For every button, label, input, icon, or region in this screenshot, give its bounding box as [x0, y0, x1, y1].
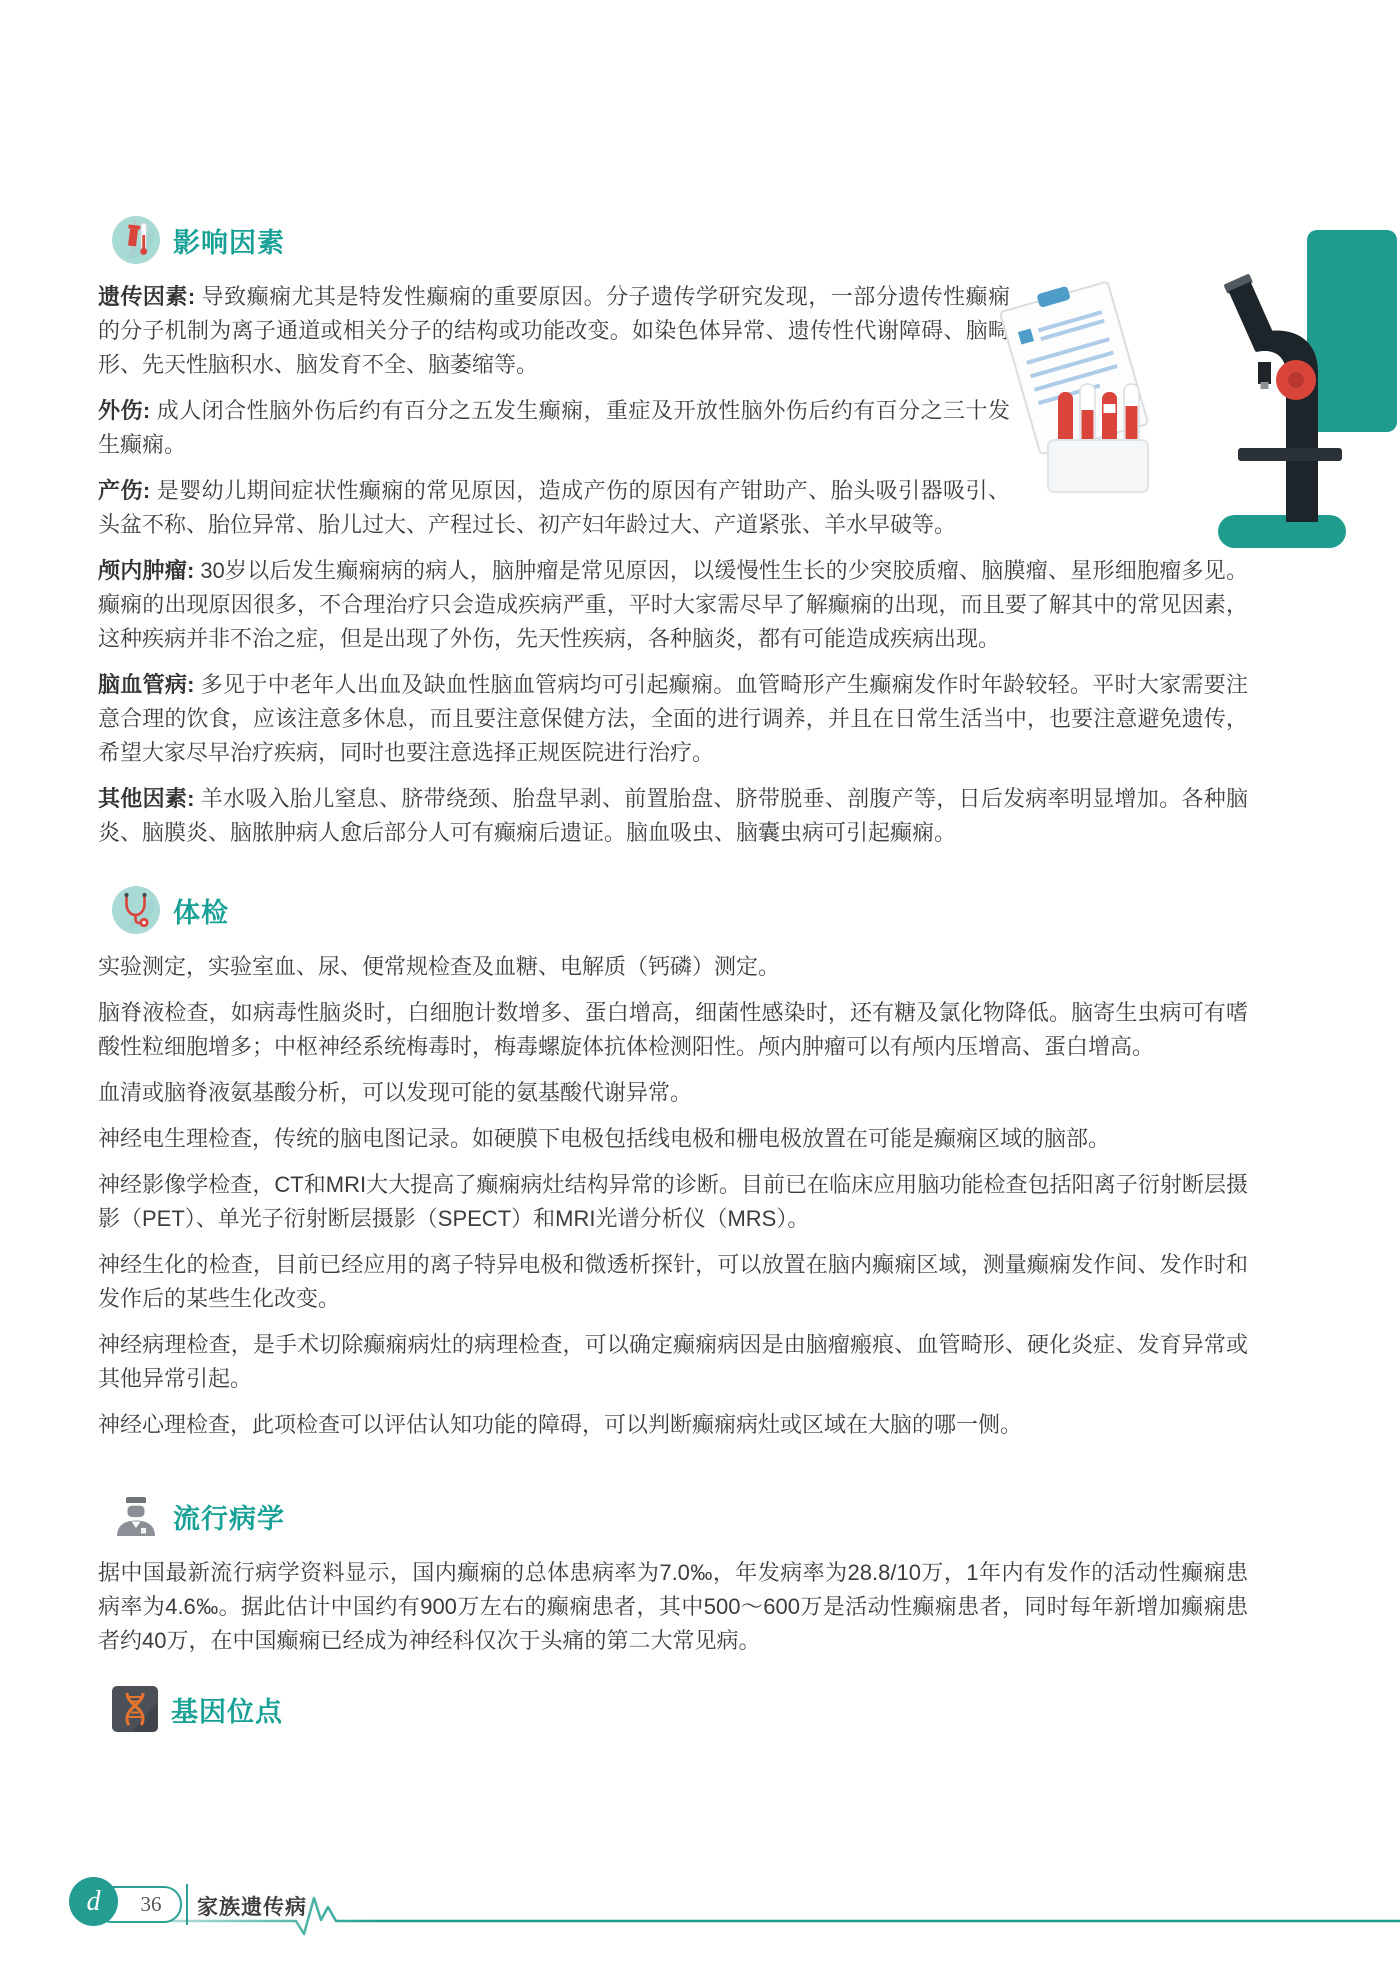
paragraph-text: 多见于中老年人出血及缺血性脑血管病均可引起癫痫。血管畸形产生癫痫发作时年龄较轻。… [98, 672, 1248, 765]
paragraph-text: 据中国最新流行病学资料显示，国内癫痫的总体患病率为7.0‰，年发病率为28.8/… [98, 1560, 1248, 1653]
paragraph-lead: 遗传因素: [98, 284, 195, 309]
page-corner-badge: d [69, 1877, 118, 1926]
paragraph-text: 是婴幼儿期间症状性癫痫的常见原因，造成产伤的原因有产钳助产、胎头吸引器吸引、头盆… [98, 478, 1010, 537]
paragraph-amino-acid: 血清或脑脊液氨基酸分析，可以发现可能的氨基酸代谢异常。 [98, 1076, 1248, 1110]
section-header: 体检 [112, 886, 1248, 934]
page-letter: d [87, 1886, 101, 1918]
paragraph-text: 实验测定，实验室血、尿、便常规检查及血糖、电解质（钙磷）测定。 [98, 954, 780, 979]
section-title: 流行病学 [173, 1497, 285, 1536]
paragraph-text: 神经电生理检查，传统的脑电图记录。如硬膜下电极包括线电极和栅电极放置在可能是癫痫… [98, 1126, 1110, 1151]
paragraph-lead: 其他因素: [98, 786, 194, 811]
paragraph-text: 神经病理检查，是手术切除癫痫病灶的病理检查，可以确定癫痫病因是由脑瘤瘢痕、血管畸… [98, 1332, 1248, 1391]
stethoscope-icon [112, 886, 160, 934]
paragraph-intracranial-tumor: 颅内肿瘤:30岁以后发生癫痫病的病人，脑肿瘤是常见原因，以缓慢性生长的少突胶质瘤… [98, 554, 1248, 656]
paragraph-genetic-factors: 遗传因素:导致癫痫尤其是特发性癫痫的重要原因。分子遗传学研究发现，一部分遗传性癫… [98, 280, 1010, 382]
section-header: 基因位点 [112, 1686, 1248, 1732]
section-header: 流行病学 [112, 1492, 1248, 1540]
paragraph-lab-tests: 实验测定，实验室血、尿、便常规检查及血糖、电解质（钙磷）测定。 [98, 950, 1248, 984]
footer-divider [186, 1884, 188, 1925]
teal-panel [1307, 230, 1397, 432]
section-gene-loci: 基因位点 [98, 1686, 1248, 1732]
paragraph-neurochemistry: 神经生化的检查，目前已经应用的离子特异电极和微透析探针，可以放置在脑内癫痫区域，… [98, 1248, 1248, 1316]
wrapped-text-column: 遗传因素:导致癫痫尤其是特发性癫痫的重要原因。分子遗传学研究发现，一部分遗传性癫… [98, 280, 1010, 542]
paragraph-text: 羊水吸入胎儿窒息、脐带绕颈、胎盘早剥、前置胎盘、脐带脱垂、剖腹产等，日后发病率明… [98, 786, 1248, 845]
paragraph-lead: 产伤: [98, 478, 150, 503]
paragraph-lead: 脑血管病: [98, 672, 194, 697]
paragraph-cerebrovascular: 脑血管病:多见于中老年人出血及缺血性脑血管病均可引起癫痫。血管畸形产生癫痫发作时… [98, 668, 1248, 770]
paragraph-text: 神经心理检查，此项检查可以评估认知功能的障碍，可以判断癫痫病灶或区域在大脑的哪一… [98, 1412, 1022, 1437]
paragraph-trauma: 外伤:成人闭合性脑外伤后约有百分之五发生癫痫，重症及开放性脑外伤后约有百分之三十… [98, 394, 1010, 462]
paragraph-electrophysiology: 神经电生理检查，传统的脑电图记录。如硬膜下电极包括线电极和栅电极放置在可能是癫痫… [98, 1122, 1248, 1156]
paragraph-text: 30岁以后发生癫痫病的病人，脑肿瘤是常见原因，以缓慢性生长的少突胶质瘤、脑膜瘤、… [98, 558, 1248, 651]
paragraph-text: 神经影像学检查，CT和MRI大大提高了癫痫病灶结构异常的诊断。目前已在临床应用脑… [98, 1172, 1248, 1231]
section-title: 基因位点 [171, 1690, 283, 1729]
paragraph-neuropsychology: 神经心理检查，此项检查可以评估认知功能的障碍，可以判断癫痫病灶或区域在大脑的哪一… [98, 1408, 1248, 1442]
paragraph-text: 脑脊液检查，如病毒性脑炎时，白细胞计数增多、蛋白增高，细菌性感染时，还有糖及氯化… [98, 1000, 1248, 1059]
paragraph-text: 导致癫痫尤其是特发性癫痫的重要原因。分子遗传学研究发现，一部分遗传性癫痫的分子机… [98, 284, 1010, 377]
paragraph-other-factors: 其他因素:羊水吸入胎儿窒息、脐带绕颈、胎盘早剥、前置胎盘、脐带脱垂、剖腹产等，日… [98, 782, 1248, 850]
dna-icon [112, 1686, 158, 1732]
document-page: 影响因素 遗传因素:导致癫痫尤其是特发性癫痫的重要原因。分子遗传学研究发现，一部… [0, 0, 1400, 1981]
paragraph-csf-exam: 脑脊液检查，如病毒性脑炎时，白细胞计数增多、蛋白增高，细菌性感染时，还有糖及氯化… [98, 996, 1248, 1064]
paragraph-neuropathology: 神经病理检查，是手术切除癫痫病灶的病理检查，可以确定癫痫病因是由脑瘤瘢痕、血管畸… [98, 1328, 1248, 1396]
paragraph-lead: 外伤: [98, 398, 150, 423]
section-epidemiology: 流行病学 据中国最新流行病学资料显示，国内癫痫的总体患病率为7.0‰，年发病率为… [98, 1492, 1248, 1658]
paragraph-epidemiology-stats: 据中国最新流行病学资料显示，国内癫痫的总体患病率为7.0‰，年发病率为28.8/… [98, 1556, 1248, 1658]
paragraph-text: 血清或脑脊液氨基酸分析，可以发现可能的氨基酸代谢异常。 [98, 1080, 692, 1105]
syringe-thermometer-icon [112, 216, 160, 264]
paragraph-text: 成人闭合性脑外伤后约有百分之五发生癫痫，重症及开放性脑外伤后约有百分之三十发生癫… [98, 398, 1010, 457]
paragraph-birth-injury: 产伤:是婴幼儿期间症状性癫痫的常见原因，造成产伤的原因有产钳助产、胎头吸引器吸引… [98, 474, 1010, 542]
section-physical-exam: 体检 实验测定，实验室血、尿、便常规检查及血糖、电解质（钙磷）测定。 脑脊液检查… [98, 886, 1248, 1442]
page-number: 36 [141, 1892, 162, 1917]
section-title: 影响因素 [173, 221, 285, 260]
paragraph-lead: 颅内肿瘤: [98, 558, 194, 583]
paragraph-text: 神经生化的检查，目前已经应用的离子特异电极和微透析探针，可以放置在脑内癫痫区域，… [98, 1252, 1248, 1311]
lab-illustration [1000, 222, 1400, 557]
doctor-icon [112, 1492, 160, 1540]
section-title: 体检 [173, 891, 229, 930]
heartbeat-line-icon [118, 1896, 1400, 1946]
paragraph-neuroimaging: 神经影像学检查，CT和MRI大大提高了癫痫病灶结构异常的诊断。目前已在临床应用脑… [98, 1168, 1248, 1236]
